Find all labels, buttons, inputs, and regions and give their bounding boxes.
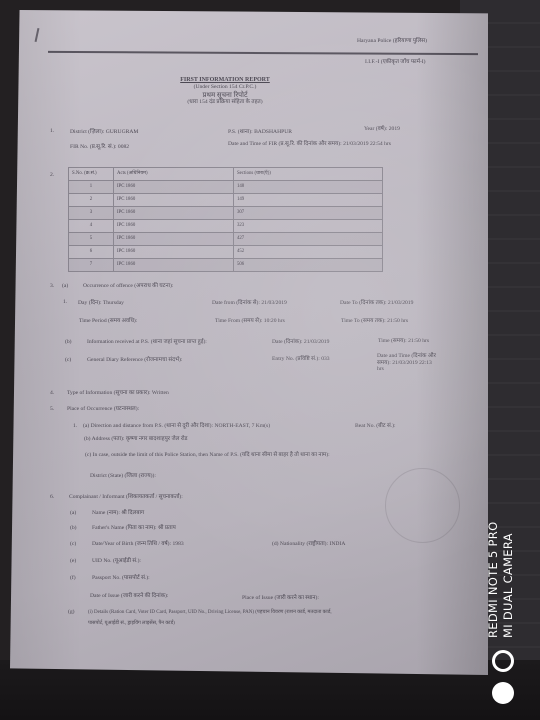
date-to-value: 21/03/2019	[388, 300, 413, 306]
page-subtitle: (Under Section 154 Cr.P.C.)	[150, 84, 300, 91]
fir-datetime-field: Date and Time of FIR (प्र.सू.रि. की दिना…	[228, 141, 391, 148]
fir-no-field: FIR No. (प्र.सू.रि. सं.): 0082	[70, 144, 129, 151]
time-to-field: Time To (समय तक): 21:50 hrs	[341, 318, 408, 325]
sub-label: (c)	[70, 541, 76, 548]
table-row: 6IPC 1860452	[69, 246, 383, 259]
father-name-value: श्री प्रताप	[158, 525, 176, 531]
nationality-field: (d) Nationality (राष्ट्रीयता): INDIA	[272, 541, 345, 548]
gd-datetime-label: Date and Time (दिनांक और	[377, 353, 436, 360]
fir-datetime-label: Date and Time of FIR (प्र.सू.रि. की दिना…	[228, 141, 342, 147]
row-act: IPC 1860	[114, 181, 234, 194]
sub-label: (a)	[62, 283, 68, 290]
ps-label: P.S. (थाना):	[228, 129, 253, 135]
father-name-label: Father's Name (पिता का नाम):	[92, 525, 157, 531]
section-number: 3.	[50, 283, 54, 290]
sub-label: (b)	[70, 525, 77, 532]
address-value: कृष्णा नगर बादशाहपुर जेल रोड	[126, 436, 188, 442]
entry-no-label: Entry No. (प्रविष्टि सं.):	[272, 356, 320, 362]
uid-label: UID No. (यूआईडी सं.):	[92, 558, 141, 565]
time-from-label: Time From (समय से):	[215, 318, 262, 324]
section-number: 5.	[50, 406, 54, 413]
section-number: 2.	[50, 172, 54, 179]
row-sno: 5	[69, 233, 114, 246]
passport-label: Passport No. (पासपोर्ट सं.):	[92, 575, 150, 582]
col-sno: S.No. (क्र.सं.)	[69, 168, 114, 181]
table-row: 7IPC 1860506	[69, 259, 383, 272]
row-sno: 4	[69, 220, 114, 233]
table-row: 1IPC 1860148	[69, 181, 383, 194]
year-field: Year (वर्ष): 2019	[364, 126, 400, 133]
complainant-label: Complainant / Informant (शिकायतकर्ता / स…	[69, 494, 183, 501]
info-type-label: Type of Information (सूचना का प्रकार):	[67, 390, 151, 396]
district-value: GURUGRAM	[106, 129, 139, 135]
issue-date-label: Date of Issue (जारी करने की दिनांक):	[90, 593, 168, 600]
date-to-label: Date To (दिनांक तक):	[340, 300, 387, 306]
direction-value: NORTH-EAST, 7 Km(s)	[214, 423, 270, 429]
fir-no-value: 0082	[118, 144, 129, 150]
sub-label: (e)	[70, 558, 76, 565]
row-act: IPC 1860	[114, 207, 234, 220]
info-time-field: Time (समय): 21:50 hrs	[378, 338, 429, 345]
name-label: Name (नाम):	[92, 510, 120, 516]
info-date-field: Date (दिनांक): 21/03/2019	[272, 339, 329, 346]
form-id: I.I.F.-I (एकीकृत जाँच फार्म-I)	[365, 59, 426, 66]
address-field: (b) Address (पता): कृष्णा नगर बादशाहपुर …	[84, 436, 188, 443]
ps-value: BADSHAHPUR	[254, 129, 292, 135]
camera-ring-icon	[492, 650, 514, 672]
outside-ps-label: (c) In case, outside the limit of this P…	[85, 452, 330, 459]
district-field: District (ज़िला): GURUGRAM	[70, 129, 138, 136]
info-time-value: 21:50 hrs	[408, 338, 429, 344]
row-section: 148	[234, 181, 383, 194]
entry-no-field: Entry No. (प्रविष्टि सं.): 033	[272, 356, 330, 363]
date-from-label: Date from (दिनांक से):	[212, 300, 260, 306]
beat-no-label: Beat No. (बीट सं.):	[355, 423, 396, 430]
page-subtitle-hindi: (धारा 154 दंड प्रक्रिया संहिता के तहत)	[150, 99, 300, 106]
acts-sections-table: S.No. (क्र.सं.) Acts (अधिनियम) Sections …	[68, 167, 383, 272]
row-section: 452	[234, 246, 383, 259]
gd-datetime-unit: hrs	[377, 366, 436, 373]
info-received-label: Information received at P.S. (थाना जहां …	[87, 339, 207, 346]
row-sno: 1	[69, 181, 114, 194]
time-to-label: Time To (समय तक):	[341, 318, 386, 324]
org-name: Haryana Police (हरियाणा पुलिस)	[357, 38, 427, 45]
item-number: 1.	[63, 299, 67, 306]
sub-label: (b)	[65, 339, 72, 346]
header-divider	[48, 51, 478, 55]
info-type-field: Type of Information (सूचना का प्रकार): W…	[67, 390, 169, 397]
info-date-value: 21/03/2019	[304, 339, 329, 345]
time-from-field: Time From (समय से): 10:20 hrs	[215, 318, 285, 325]
dob-value: 1983	[173, 541, 184, 547]
camera-watermark: REDMI NOTE 5 PRO MI DUAL CAMERA	[482, 510, 532, 710]
row-section: 323	[234, 220, 383, 233]
occurrence-label: Occurrence of offence (अपराध की घटना):	[83, 283, 173, 290]
sub-label: (f)	[70, 575, 76, 582]
sub-label: (a)	[70, 510, 76, 517]
sub-label: (c)	[65, 357, 71, 364]
time-to-value: 21:50 hrs	[387, 318, 408, 324]
info-time-label: Time (समय):	[378, 338, 407, 344]
sub-label: (g)	[68, 609, 75, 616]
direction-field: (a) Direction and distance from P.S. (था…	[83, 423, 270, 430]
fir-no-label: FIR No. (प्र.सू.रि. सं.):	[70, 144, 117, 150]
row-section: 149	[234, 194, 383, 207]
dob-label: Date/Year of Birth (जन्म तिथि / वर्ष):	[92, 541, 171, 547]
row-act: IPC 1860	[114, 233, 234, 246]
gd-datetime-value: 21/03/2019 22:13	[392, 360, 432, 366]
item-number: 1.	[73, 423, 77, 430]
dob-field: Date/Year of Birth (जन्म तिथि / वर्ष): 1…	[92, 541, 184, 548]
row-act: IPC 1860	[114, 194, 234, 207]
date-from-field: Date from (दिनांक से): 21/03/2019	[212, 300, 287, 307]
time-from-value: 10:20 hrs	[264, 318, 285, 324]
info-type-value: Written	[152, 390, 169, 396]
nationality-value: INDIA	[330, 541, 346, 547]
table-row: 4IPC 1860323	[69, 220, 383, 233]
row-section: 506	[234, 259, 383, 272]
gd-datetime-label-cont: समय):	[377, 360, 391, 366]
gd-datetime-field: Date and Time (दिनांक और समय): 21/03/201…	[377, 353, 436, 373]
name-field: Name (नाम): श्री दिलबाग	[92, 510, 144, 517]
info-date-label: Date (दिनांक):	[272, 339, 303, 345]
row-section: 307	[234, 207, 383, 220]
father-name-field: Father's Name (पिता का नाम): श्री प्रताप	[92, 525, 176, 532]
table-row: 5IPC 1860427	[69, 233, 383, 246]
district-label: District (ज़िला):	[70, 129, 104, 135]
date-from-value: 21/03/2019	[261, 300, 286, 306]
id-details-label-cont: पासपोर्ट, यूआईडी सं., ड्राइविंग लाइसेंस,…	[88, 621, 175, 627]
camera-dot-icon	[492, 682, 514, 704]
section-number: 4.	[50, 390, 54, 397]
section-number: 6.	[50, 494, 54, 501]
row-sno: 3	[69, 207, 114, 220]
name-value: श्री दिलबाग	[121, 510, 144, 516]
entry-no-value: 033	[321, 356, 329, 362]
row-act: IPC 1860	[114, 246, 234, 259]
watermark-line1: REDMI NOTE 5 PRO	[486, 522, 501, 638]
section-number: 1.	[50, 128, 54, 135]
col-sections: Sections (धारा(एँ))	[234, 168, 383, 181]
place-label: Place of Occurrence (घटनास्थल):	[67, 406, 139, 413]
date-to-field: Date To (दिनांक तक): 21/03/2019	[340, 300, 413, 307]
year-label: Year (वर्ष):	[364, 126, 387, 132]
fir-document: Haryana Police (हरियाणा पुलिस) I.I.F.-I …	[0, 0, 540, 720]
day-value: Thursday	[103, 300, 124, 306]
row-sno: 7	[69, 259, 114, 272]
direction-label: (a) Direction and distance from P.S. (था…	[83, 423, 213, 429]
day-field: Day (दिन): Thursday	[78, 300, 124, 307]
table-row: 2IPC 1860149	[69, 194, 383, 207]
title-block: FIRST INFORMATION REPORT (Under Section …	[150, 77, 300, 106]
row-sno: 2	[69, 194, 114, 207]
day-label: Day (दिन):	[78, 300, 102, 306]
district-state-label: District (State) (जिला (राज्य)):	[90, 473, 156, 480]
row-act: IPC 1860	[114, 220, 234, 233]
table-row: 3IPC 1860307	[69, 207, 383, 220]
ps-field: P.S. (थाना): BADSHAHPUR	[228, 129, 292, 136]
fir-datetime-value: 21/03/2019 22:54 hrs	[343, 141, 391, 147]
faded-stamp	[385, 468, 460, 543]
watermark-text: REDMI NOTE 5 PRO MI DUAL CAMERA	[486, 522, 516, 638]
id-details-label: (i) Details (Ration Card, Voter ID Card,…	[88, 610, 332, 616]
row-section: 427	[234, 233, 383, 246]
time-period-label: Time Period (समय अवधि):	[79, 318, 137, 325]
nationality-label: (d) Nationality (राष्ट्रीयता):	[272, 541, 328, 547]
year-value: 2019	[389, 126, 400, 132]
row-sno: 6	[69, 246, 114, 259]
pen-mark	[35, 28, 40, 42]
issue-place-label: Place of Issue (जारी करने का स्थान):	[242, 595, 319, 602]
gd-reference-label: General Diary Reference (रोजनामचा संदर्भ…	[87, 357, 182, 364]
col-acts: Acts (अधिनियम)	[114, 168, 234, 181]
watermark-line2: MI DUAL CAMERA	[501, 522, 516, 638]
address-label: (b) Address (पता):	[84, 436, 124, 442]
table-header-row: S.No. (क्र.सं.) Acts (अधिनियम) Sections …	[69, 168, 383, 181]
row-act: IPC 1860	[114, 259, 234, 272]
